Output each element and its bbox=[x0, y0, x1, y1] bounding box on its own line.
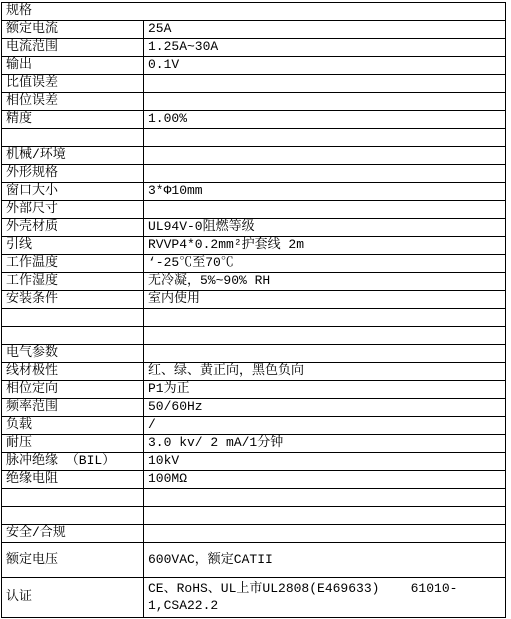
spec-value-cell: 25A bbox=[144, 21, 506, 39]
spec-value-cell bbox=[144, 309, 506, 327]
table-row bbox=[2, 327, 506, 345]
spec-label-cell: 比值误差 bbox=[2, 75, 144, 93]
spec-value-cell bbox=[144, 75, 506, 93]
spec-value-cell: P1为正 bbox=[144, 381, 506, 399]
spec-label-cell: 绝缘电阻 bbox=[2, 471, 144, 489]
table-row: 相位误差 bbox=[2, 93, 506, 111]
table-row: 机械/环境 bbox=[2, 147, 506, 165]
spec-value-cell: 0.1V bbox=[144, 57, 506, 75]
spec-label-cell: 耐压 bbox=[2, 435, 144, 453]
spec-value-cell: 3.0 kv/ 2 mA/1分钟 bbox=[144, 435, 506, 453]
spec-value-cell: 3*Φ10mm bbox=[144, 183, 506, 201]
spec-table: 规格额定电流25A电流范围1.25A~30A输出0.1V比值误差相位误差精度1.… bbox=[1, 2, 506, 618]
table-row: 相位定向P1为正 bbox=[2, 381, 506, 399]
spec-value-cell: UL94V-0阻燃等级 bbox=[144, 219, 506, 237]
spec-value-cell bbox=[144, 327, 506, 345]
spec-value-cell: CE、RoHS、UL上市UL2808(E469633) 61010- 1,CSA… bbox=[144, 578, 506, 618]
spec-label-cell: 安全/合规 bbox=[2, 525, 144, 543]
table-row: 频率范围50/60Hz bbox=[2, 399, 506, 417]
table-row: 窗口大小3*Φ10mm bbox=[2, 183, 506, 201]
table-row: 工作温度‘-25℃至70℃ bbox=[2, 255, 506, 273]
spec-label-cell: 机械/环境 bbox=[2, 147, 144, 165]
spec-value-cell: 10kV bbox=[144, 453, 506, 471]
spec-value-cell: ‘-25℃至70℃ bbox=[144, 255, 506, 273]
table-row: 精度1.00% bbox=[2, 111, 506, 129]
table-row bbox=[2, 309, 506, 327]
section-header-cell: 规格 bbox=[2, 3, 506, 21]
table-row: 比值误差 bbox=[2, 75, 506, 93]
table-row: 认证CE、RoHS、UL上市UL2808(E469633) 61010- 1,C… bbox=[2, 578, 506, 618]
spec-table-body: 规格额定电流25A电流范围1.25A~30A输出0.1V比值误差相位误差精度1.… bbox=[2, 3, 506, 618]
spec-value-cell: RVVP4*0.2mm²护套线 2m bbox=[144, 237, 506, 255]
spec-value-cell: 600VAC，额定CATII bbox=[144, 543, 506, 578]
spec-value-cell: 1.00% bbox=[144, 111, 506, 129]
spec-label-cell: 额定电流 bbox=[2, 21, 144, 39]
spec-value-cell bbox=[144, 201, 506, 219]
spec-label-cell: 窗口大小 bbox=[2, 183, 144, 201]
spec-value-cell bbox=[144, 525, 506, 543]
spec-value-cell bbox=[144, 93, 506, 111]
spec-label-cell: 线材极性 bbox=[2, 363, 144, 381]
table-row: 额定电流25A bbox=[2, 21, 506, 39]
table-row: 线材极性红、绿、黄正向，黑色负向 bbox=[2, 363, 506, 381]
table-row: 工作湿度无冷凝，5%~90% RH bbox=[2, 273, 506, 291]
spec-label-cell bbox=[2, 327, 144, 345]
spec-label-cell: 电气参数 bbox=[2, 345, 144, 363]
table-row: 外形规格 bbox=[2, 165, 506, 183]
table-row: 引线RVVP4*0.2mm²护套线 2m bbox=[2, 237, 506, 255]
table-row: 绝缘电阻100MΩ bbox=[2, 471, 506, 489]
spec-value-cell bbox=[144, 129, 506, 147]
spec-value-cell: 50/60Hz bbox=[144, 399, 506, 417]
table-row: 安全/合规 bbox=[2, 525, 506, 543]
spec-label-cell bbox=[2, 129, 144, 147]
spec-label-cell: 外部尺寸 bbox=[2, 201, 144, 219]
spec-label-cell: 精度 bbox=[2, 111, 144, 129]
spec-label-cell bbox=[2, 507, 144, 525]
spec-label-cell: 认证 bbox=[2, 578, 144, 618]
table-row: 负载/ bbox=[2, 417, 506, 435]
spec-label-cell: 外壳材质 bbox=[2, 219, 144, 237]
spec-value-cell: 100MΩ bbox=[144, 471, 506, 489]
spec-label-cell: 脉冲绝缘 （BIL） bbox=[2, 453, 144, 471]
spec-label-cell: 负载 bbox=[2, 417, 144, 435]
table-row: 安装条件室内使用 bbox=[2, 291, 506, 309]
spec-label-cell: 安装条件 bbox=[2, 291, 144, 309]
table-row bbox=[2, 129, 506, 147]
spec-label-cell: 电流范围 bbox=[2, 39, 144, 57]
table-row: 外部尺寸 bbox=[2, 201, 506, 219]
table-row: 外壳材质UL94V-0阻燃等级 bbox=[2, 219, 506, 237]
table-row: 输出0.1V bbox=[2, 57, 506, 75]
spec-label-cell: 工作湿度 bbox=[2, 273, 144, 291]
spec-label-cell: 引线 bbox=[2, 237, 144, 255]
table-row: 电流范围1.25A~30A bbox=[2, 39, 506, 57]
spec-value-cell: / bbox=[144, 417, 506, 435]
spec-label-cell: 频率范围 bbox=[2, 399, 144, 417]
table-row bbox=[2, 507, 506, 525]
spec-label-cell: 输出 bbox=[2, 57, 144, 75]
spec-value-cell: 红、绿、黄正向，黑色负向 bbox=[144, 363, 506, 381]
spec-value-cell: 无冷凝，5%~90% RH bbox=[144, 273, 506, 291]
spec-label-cell bbox=[2, 489, 144, 507]
table-row: 规格 bbox=[2, 3, 506, 21]
spec-label-cell: 外形规格 bbox=[2, 165, 144, 183]
spec-value-cell bbox=[144, 147, 506, 165]
table-row: 额定电压600VAC，额定CATII bbox=[2, 543, 506, 578]
spec-label-cell: 相位误差 bbox=[2, 93, 144, 111]
table-row: 耐压3.0 kv/ 2 mA/1分钟 bbox=[2, 435, 506, 453]
spec-value-cell bbox=[144, 165, 506, 183]
spec-value-cell bbox=[144, 507, 506, 525]
table-row bbox=[2, 489, 506, 507]
spec-label-cell: 相位定向 bbox=[2, 381, 144, 399]
spec-label-cell: 额定电压 bbox=[2, 543, 144, 578]
table-row: 电气参数 bbox=[2, 345, 506, 363]
spec-value-cell bbox=[144, 489, 506, 507]
spec-label-cell: 工作温度 bbox=[2, 255, 144, 273]
spec-value-cell: 室内使用 bbox=[144, 291, 506, 309]
spec-value-cell: 1.25A~30A bbox=[144, 39, 506, 57]
table-row: 脉冲绝缘 （BIL）10kV bbox=[2, 453, 506, 471]
spec-value-cell bbox=[144, 345, 506, 363]
spec-label-cell bbox=[2, 309, 144, 327]
